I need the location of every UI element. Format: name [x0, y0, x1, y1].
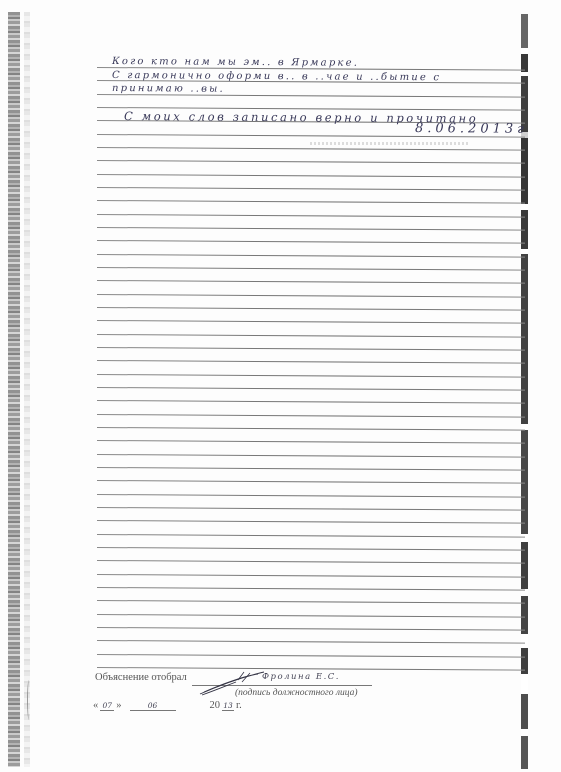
- ruled-line: [97, 347, 525, 351]
- signature-caption: (подпись должностного лица): [235, 688, 358, 698]
- ruled-line: [97, 400, 525, 404]
- ruled-line: [97, 440, 525, 444]
- signer-name: Фролина Е.С.: [262, 672, 340, 682]
- date-close-quote: »: [116, 700, 121, 711]
- date-month: 06: [130, 701, 176, 711]
- ruled-line: [97, 600, 525, 604]
- ruled-line: [97, 454, 525, 458]
- ruled-line: [97, 547, 525, 551]
- ruled-line: [97, 387, 525, 391]
- date-year-prefix: 20: [210, 700, 221, 711]
- taken-by-label: Объяснение отобрал: [95, 672, 187, 683]
- ruled-line: [97, 560, 525, 564]
- ruled-line: [97, 414, 525, 418]
- handwritten-line-3: принимаю ..вы.: [112, 83, 225, 95]
- date-year-unit: г.: [236, 700, 242, 711]
- handwritten-date: 8.06.2013г: [415, 121, 528, 137]
- ruled-line: [97, 174, 525, 178]
- date-day: 07: [100, 701, 114, 711]
- ruled-line: [97, 587, 525, 591]
- ruled-line: [97, 467, 525, 471]
- ruled-line: [97, 147, 525, 151]
- page-fold-mark: [27, 680, 31, 720]
- ruled-line: [97, 240, 525, 244]
- ruled-line: [97, 227, 525, 231]
- handwritten-line-1: Кого кто нам мы эм.. в Ярмарке.: [112, 56, 359, 69]
- ruled-line: [97, 320, 525, 324]
- ruled-line: [97, 160, 525, 164]
- ruled-line: [97, 427, 525, 431]
- ruled-line: [97, 654, 525, 658]
- date-year-suffix: 13: [222, 701, 234, 711]
- ruled-line: [97, 334, 525, 338]
- ruled-line: [97, 267, 525, 271]
- ruled-line: [97, 280, 525, 284]
- ruled-line: [97, 507, 525, 511]
- scanned-page: Кого кто нам мы эм.. в Ярмарке. С гармон…: [0, 0, 561, 772]
- ruled-line: [97, 200, 525, 204]
- scan-smudge: [310, 142, 470, 145]
- ruled-line: [97, 480, 525, 484]
- ruled-line: [97, 614, 525, 618]
- ruled-line: [97, 307, 525, 311]
- ruled-line: [97, 254, 525, 258]
- ruled-line: [97, 574, 525, 578]
- ruled-line: [97, 534, 525, 538]
- ruled-line: [97, 640, 525, 644]
- scan-edge-artifact-left-faint: [24, 12, 30, 767]
- handwritten-line-2: С гармонично оформи в.. в ..чае и ..быти…: [112, 70, 441, 83]
- ruled-line: [97, 667, 525, 671]
- ruled-line: [97, 627, 525, 631]
- ruled-line: [97, 360, 525, 364]
- ruled-line: [97, 214, 525, 218]
- scan-edge-artifact-left: [8, 12, 20, 767]
- ruled-line: [97, 374, 525, 378]
- form-date: « 07 » 06 20 13 г.: [93, 700, 242, 711]
- ruled-line: [97, 187, 525, 191]
- ruled-line: [97, 494, 525, 498]
- ruled-line: [97, 294, 525, 298]
- date-open-quote: «: [93, 700, 98, 711]
- ruled-line: [97, 520, 525, 524]
